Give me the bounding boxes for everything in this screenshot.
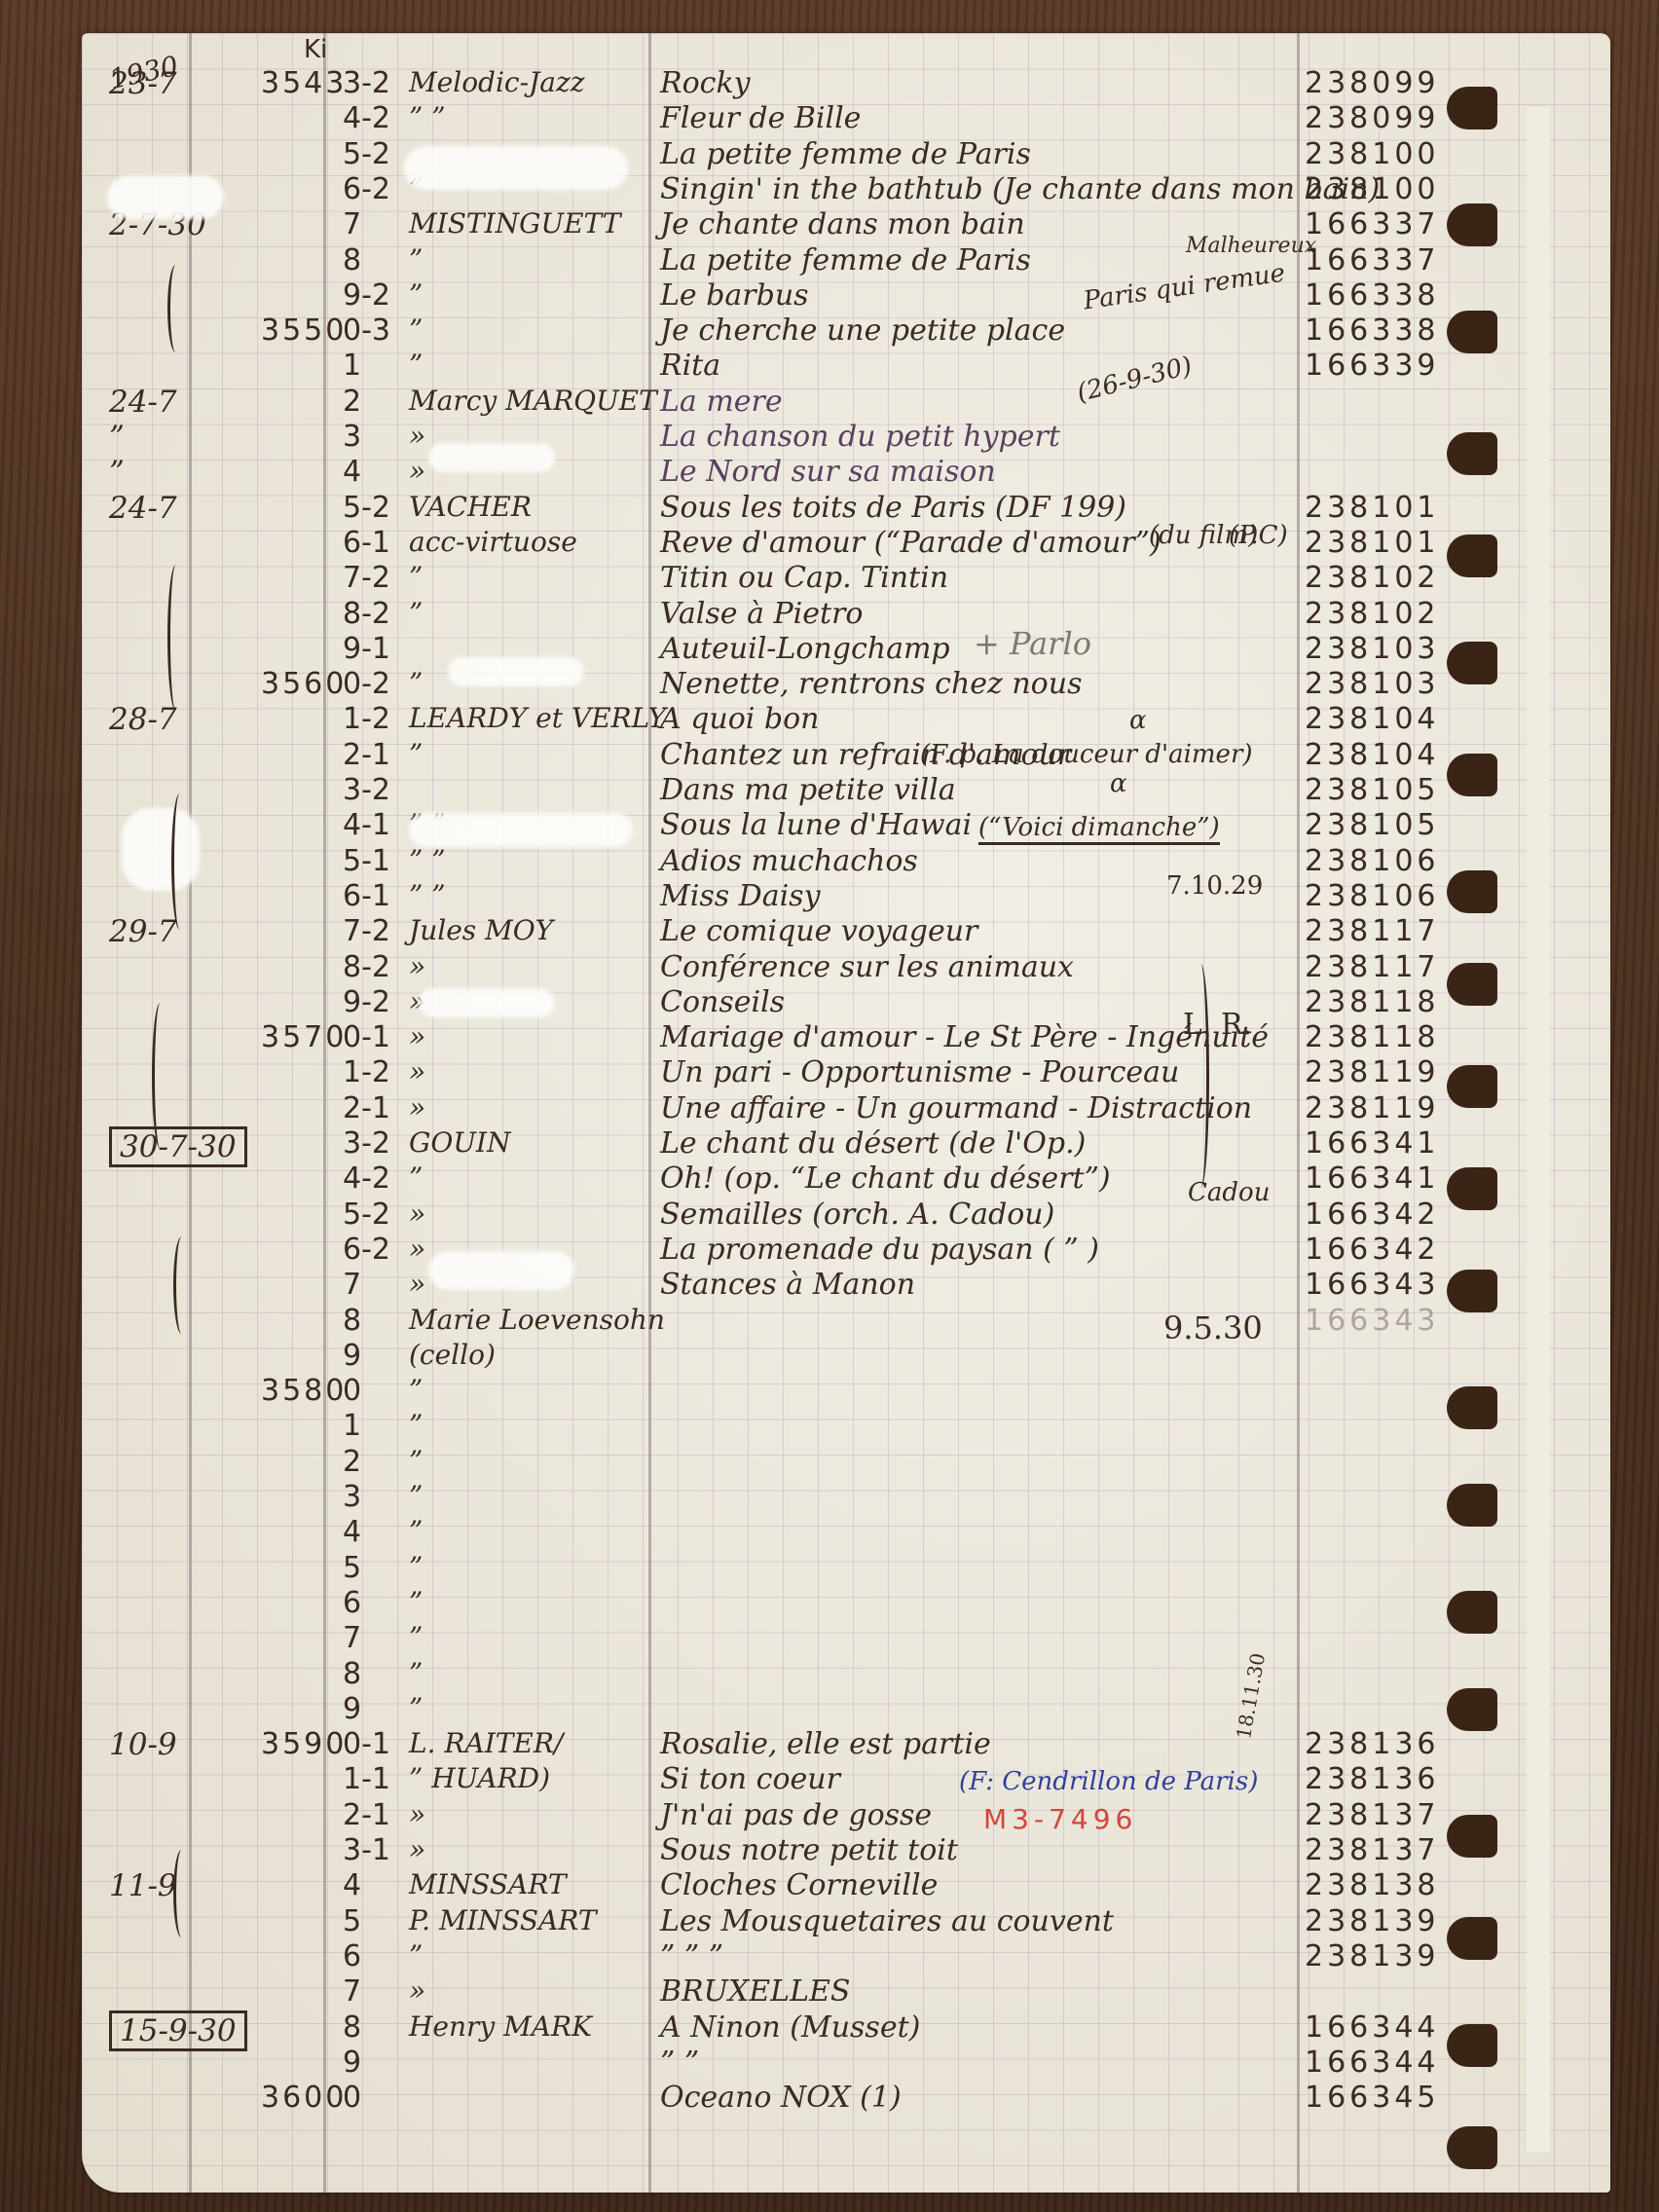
row-title: Conseils [660, 985, 785, 1019]
row-artist: ” [409, 243, 423, 276]
row-matrix: 238118 [1305, 1020, 1440, 1054]
row-face: 3 [343, 1480, 361, 1514]
row-face: 1 [343, 349, 361, 383]
correction-fluid [409, 813, 633, 847]
row-face: 0-1 [343, 1020, 390, 1054]
row-artist: ” [409, 1480, 423, 1512]
row-title: Adios muchachos [660, 844, 918, 878]
row-title: Auteuil-Longchamp [660, 632, 950, 666]
row-artist: L. RAITER/ [409, 1727, 563, 1759]
row-matrix: 238136 [1305, 1762, 1440, 1796]
row-matrix: 166344 [1305, 2046, 1440, 2080]
row-face: 8 [343, 2010, 361, 2045]
row-face: 3-2 [343, 773, 390, 807]
punch-hole [1447, 1065, 1497, 1108]
date-brace [167, 265, 184, 352]
row-artist: acc-virtuose [409, 526, 577, 558]
row-artist: » [409, 1974, 425, 2007]
column-divider [1297, 33, 1300, 2193]
row-artist: ” [409, 313, 423, 346]
row-face: 9 [343, 1692, 361, 1726]
row-title: Je chante dans mon bain [660, 207, 1025, 241]
date-brace [152, 1003, 168, 1149]
row-date: ” [109, 455, 125, 490]
row-face: 7-2 [343, 561, 390, 595]
row-face: 9 [343, 1339, 361, 1373]
row-matrix: 238139 [1305, 1904, 1440, 1938]
row-artist: ” ” [409, 879, 446, 911]
row-matrix: 166337 [1305, 207, 1440, 241]
row-face: 7 [343, 207, 361, 241]
row-matrix: 238102 [1305, 597, 1440, 631]
note-villa: (“Voici dimanche”) [978, 813, 1220, 845]
row-title: Singin' in the bathtub (Je chante dans m… [660, 172, 1380, 206]
row-artist: » [409, 1233, 425, 1265]
row-title: Je cherche une petite place [660, 313, 1065, 348]
row-date: 29-7 [109, 914, 177, 949]
row-artist: ” HUARD) [409, 1762, 550, 1794]
row-matrix: 238117 [1305, 914, 1440, 948]
row-matrix: 166341 [1305, 1126, 1440, 1161]
row-title: ” ” [660, 2046, 699, 2080]
row-face: 5 [343, 1904, 361, 1938]
row-artist: P. MINSSART [409, 1904, 597, 1936]
row-artist: » [409, 1268, 425, 1300]
punch-hole [1447, 87, 1497, 129]
row-matrix: 238119 [1305, 1091, 1440, 1125]
row-face: 4 [343, 1515, 361, 1549]
note-a-quoi-bon: (F. p. La douceur d'aimer) [920, 740, 1253, 769]
row-face: 6-1 [343, 879, 390, 913]
row-date: 10-9 [109, 1727, 177, 1762]
row-artist: ” [409, 561, 423, 593]
row-title: J'n'ai pas de gosse [660, 1798, 932, 1832]
row-face: 0 [343, 2081, 361, 2115]
row-matrix: 238106 [1305, 844, 1440, 878]
row-title: Rocky [660, 66, 751, 100]
punch-hole [1447, 1591, 1497, 1634]
row-artist: » [409, 455, 425, 487]
row-title: Une affaire - Un gourmand - Distraction [660, 1091, 1252, 1125]
row-artist: ” [409, 1586, 423, 1618]
row-face: 5 [343, 1551, 361, 1585]
row-face: 4 [343, 1868, 361, 1902]
row-face: 0 [343, 1374, 361, 1408]
punch-hole [1447, 754, 1497, 796]
row-face: 2-1 [343, 738, 390, 772]
row-date: 15-9-30 [109, 2010, 247, 2051]
row-title: Reve d'amour (“Parade d'amour”) [660, 526, 1161, 560]
row-title: Valse à Pietro [660, 597, 864, 631]
row-artist: ” [409, 1515, 423, 1547]
row-disc: 3570 [261, 1020, 347, 1054]
row-face: 6 [343, 1939, 361, 1973]
row-date: ” [109, 420, 125, 455]
row-title: Stances à Manon [660, 1268, 915, 1302]
alpha-mark: α [1110, 769, 1127, 798]
row-title: Fleur de Bille [660, 101, 861, 135]
row-matrix: 238103 [1305, 632, 1440, 666]
row-artist: Jules MOY [409, 914, 553, 946]
punch-hole [1447, 1484, 1497, 1527]
row-title: BRUXELLES [660, 1974, 850, 2009]
row-artist: » [409, 1091, 425, 1124]
note-rosalie-film: (F: Cendrillon de Paris) [959, 1767, 1258, 1796]
row-artist: LEARDY et VERLY [409, 702, 666, 734]
row-title: Semailles (orch. A. Cadou) [660, 1198, 1054, 1232]
note-gouin-date: 9.5.30 [1163, 1309, 1263, 1346]
artist-brace [1193, 964, 1209, 1188]
row-artist: ” [409, 597, 423, 629]
row-matrix: 166342 [1305, 1233, 1440, 1267]
row-artist: MINSSART [409, 1868, 567, 1900]
row-face: 9 [343, 2046, 361, 2080]
row-title: Conférence sur les animaux [660, 950, 1074, 984]
row-date: 24-7 [109, 385, 177, 420]
row-artist: GOUIN [409, 1126, 510, 1159]
note-rosalie-code: M3-7496 [983, 1803, 1137, 1835]
correction-fluid [428, 1251, 574, 1290]
correction-fluid [107, 175, 224, 219]
row-title: La petite femme de Paris [660, 137, 1031, 171]
row-face: 1-2 [343, 1055, 390, 1089]
row-face: 7 [343, 1974, 361, 2009]
punch-hole [1447, 432, 1497, 475]
punch-hole [1447, 642, 1497, 684]
row-date: 28-7 [109, 702, 177, 737]
note-l-raiter: L. R. [1183, 1008, 1252, 1042]
row-matrix: 238137 [1305, 1833, 1440, 1867]
correction-fluid [122, 808, 200, 891]
row-face: 5-1 [343, 844, 390, 878]
row-matrix: 238105 [1305, 773, 1440, 807]
row-face: 8-2 [343, 950, 390, 984]
row-face: 0-3 [343, 313, 390, 348]
punch-hole [1447, 535, 1497, 577]
row-artist: ” [409, 1409, 423, 1441]
row-matrix: 238099 [1305, 66, 1440, 100]
date-brace [167, 565, 184, 711]
row-face: 8-2 [343, 597, 390, 631]
row-artist: VACHER [409, 491, 532, 523]
row-face: 5-2 [343, 137, 390, 171]
row-face: 2 [343, 1445, 361, 1479]
row-title: La promenade du paysan ( ” ) [660, 1233, 1099, 1267]
row-artist: ” [409, 667, 423, 699]
note-cadou: Cadou [1188, 1178, 1270, 1207]
punch-hole [1447, 1270, 1497, 1312]
row-title: Si ton coeur [660, 1762, 840, 1796]
correction-fluid [419, 988, 555, 1017]
row-title: La mere [660, 385, 783, 419]
row-matrix: 238138 [1305, 1868, 1440, 1902]
row-face: 3 [343, 420, 361, 454]
row-face: 6-1 [343, 526, 390, 560]
row-artist: » [409, 1833, 425, 1865]
note-malheureux: Malheureux [1186, 234, 1316, 258]
row-date: 23-7 [109, 66, 177, 101]
punch-hole [1447, 311, 1497, 353]
row-artist: ” [409, 1445, 423, 1477]
row-face: 5-2 [343, 1198, 390, 1232]
row-face: 5-2 [343, 491, 390, 525]
punch-hole [1447, 1917, 1497, 1960]
row-artist: (cello) [409, 1339, 496, 1371]
row-artist: Marcy MARQUET [409, 385, 657, 417]
row-disc: 3580 [261, 1374, 347, 1408]
column-divider [648, 33, 651, 2193]
row-matrix: 238100 [1305, 172, 1440, 206]
row-disc: 3543 [261, 66, 347, 100]
row-artist: ” [409, 1692, 423, 1724]
row-matrix: 238102 [1305, 561, 1440, 595]
disc-prefix-label: Ki [304, 35, 327, 64]
row-face: 8 [343, 1304, 361, 1338]
row-disc: 3550 [261, 313, 347, 348]
row-face: 3-2 [343, 66, 390, 100]
row-matrix: 238117 [1305, 950, 1440, 984]
row-title: Sous les toits de Paris (DF 199) [660, 491, 1126, 525]
row-matrix: 238104 [1305, 702, 1440, 736]
row-face: 4-1 [343, 808, 390, 842]
page-edge [1527, 107, 1550, 2152]
row-face: 3-1 [343, 1833, 390, 1867]
row-artist: ” [409, 738, 423, 770]
row-date: 11-9 [109, 1868, 177, 1903]
row-face: 4 [343, 455, 361, 489]
row-date: 24-7 [109, 491, 177, 526]
row-title: Un pari - Opportunisme - Pourceau [660, 1055, 1179, 1089]
row-matrix: 166344 [1305, 2010, 1440, 2045]
row-title: ” ” ” [660, 1939, 723, 1973]
row-matrix: 166338 [1305, 278, 1440, 313]
row-title: La petite femme de Paris [660, 243, 1031, 277]
row-artist: » [409, 1020, 425, 1052]
row-matrix: 238106 [1305, 879, 1440, 913]
row-face: 2-1 [343, 1798, 390, 1832]
row-face: 1-2 [343, 702, 390, 736]
punch-hole [1447, 203, 1497, 246]
note-pc: (P.C) [1229, 521, 1288, 550]
row-matrix: 238119 [1305, 1055, 1440, 1089]
correction-fluid [404, 146, 628, 190]
row-face: 7 [343, 1621, 361, 1655]
punch-hole [1447, 870, 1497, 913]
row-title: Les Mousquetaires au couvent [660, 1904, 1114, 1938]
row-matrix: 238118 [1305, 985, 1440, 1019]
row-artist: Marie Loevensohn [409, 1304, 665, 1336]
row-face: 2-1 [343, 1091, 390, 1125]
row-matrix: 166343 [1305, 1304, 1440, 1338]
row-matrix: 166339 [1305, 349, 1440, 383]
row-artist: ” ” [409, 101, 446, 133]
row-matrix: 238103 [1305, 667, 1440, 701]
row-artist: » [409, 1198, 425, 1230]
row-title: Nenette, rentrons chez nous [660, 667, 1082, 701]
row-face: 7 [343, 1268, 361, 1302]
row-title: Le comique voyageur [660, 914, 977, 948]
row-title: Rita [660, 349, 720, 383]
row-face: 7-2 [343, 914, 390, 948]
column-divider [323, 33, 326, 2193]
punch-hole [1447, 2024, 1497, 2067]
row-matrix: 166343 [1305, 1268, 1440, 1302]
row-face: 6 [343, 1586, 361, 1620]
row-face: 9-2 [343, 985, 390, 1019]
date-brace [173, 1850, 190, 1937]
row-matrix: 166338 [1305, 313, 1440, 348]
row-face: 8 [343, 243, 361, 277]
alpha-mark: α [1129, 706, 1147, 735]
row-matrix: 166341 [1305, 1161, 1440, 1196]
row-artist: ” [409, 1621, 423, 1653]
row-matrix: 166337 [1305, 243, 1440, 277]
row-artist: ” [409, 349, 423, 381]
row-face: 6-2 [343, 172, 390, 206]
column-divider [189, 33, 192, 2193]
row-title: Sous la lune d'Hawai [660, 808, 972, 842]
row-title: La chanson du petit hypert [660, 420, 1060, 454]
row-face: 1-1 [343, 1762, 390, 1796]
row-face: 3-2 [343, 1126, 390, 1161]
row-title: Rosalie, elle est partie [660, 1727, 991, 1761]
row-title: Mariage d'amour - Le St Père - Ingénuité [660, 1020, 1269, 1054]
row-matrix: 166342 [1305, 1198, 1440, 1232]
punch-hole [1447, 1386, 1497, 1429]
row-face: 8 [343, 1657, 361, 1691]
row-face: 0-1 [343, 1727, 390, 1761]
row-artist: ” [409, 1939, 423, 1972]
row-matrix: 238137 [1305, 1798, 1440, 1832]
row-artist: ” [409, 278, 423, 311]
row-title: Dans ma petite villa [660, 773, 956, 807]
row-artist: » [409, 420, 425, 452]
punch-hole [1447, 2126, 1497, 2169]
date-brace [171, 793, 188, 930]
correction-fluid [428, 443, 555, 472]
row-face: 1 [343, 1409, 361, 1443]
row-title: Cloches Corneville [660, 1868, 938, 1902]
row-disc: 3590 [261, 1727, 347, 1761]
row-artist: ” ” [409, 844, 446, 876]
note-villa-date: 7.10.29 [1166, 871, 1263, 901]
row-date: 30-7-30 [109, 1126, 247, 1167]
correction-fluid [448, 657, 584, 686]
row-title: Le chant du désert (de l'Op.) [660, 1126, 1086, 1161]
row-face: 6-2 [343, 1233, 390, 1267]
row-face: 0-2 [343, 667, 390, 701]
row-disc: 3560 [261, 667, 347, 701]
row-face: 4-2 [343, 1161, 390, 1196]
punch-hole [1447, 1688, 1497, 1731]
row-disc: 3600 [261, 2081, 347, 2115]
row-face: 9-1 [343, 632, 390, 666]
row-artist: ” [409, 1161, 423, 1194]
punch-hole [1447, 1167, 1497, 1210]
row-matrix: 238100 [1305, 137, 1440, 171]
row-artist: » [409, 1798, 425, 1830]
note-parlo: + Parlo [974, 625, 1091, 662]
row-matrix: 238101 [1305, 526, 1440, 560]
row-matrix: 166345 [1305, 2081, 1440, 2115]
row-artist: MISTINGUETT [409, 207, 620, 240]
row-artist: » [409, 1055, 425, 1088]
punch-hole [1447, 1815, 1497, 1858]
row-title: Oh! (op. “Le chant du désert”) [660, 1161, 1111, 1196]
row-matrix: 238101 [1305, 491, 1440, 525]
row-artist: ” [409, 1374, 423, 1406]
row-title: Le Nord sur sa maison [660, 455, 996, 489]
row-title: A Ninon (Musset) [660, 2010, 920, 2045]
punch-hole [1447, 963, 1497, 1006]
row-title: A quoi bon [660, 702, 820, 736]
row-matrix: 238136 [1305, 1727, 1440, 1761]
row-matrix: 238104 [1305, 738, 1440, 772]
row-title: Le barbus [660, 278, 809, 313]
row-face: 4-2 [343, 101, 390, 135]
row-artist: Melodic-Jazz [409, 66, 585, 98]
row-title: Miss Daisy [660, 879, 821, 913]
row-matrix: 238105 [1305, 808, 1440, 842]
row-matrix: 238139 [1305, 1939, 1440, 1973]
date-brace [173, 1236, 190, 1334]
row-artist: ” [409, 1657, 423, 1689]
row-artist: Henry MARK [409, 2010, 592, 2043]
row-title: Oceano NOX (1) [660, 2081, 902, 2115]
row-title: Titin ou Cap. Tintin [660, 561, 948, 595]
row-face: 9-2 [343, 278, 390, 313]
row-matrix: 238099 [1305, 101, 1440, 135]
row-title: Sous notre petit toit [660, 1833, 958, 1867]
row-face: 2 [343, 385, 361, 419]
row-artist: » [409, 950, 425, 982]
row-artist: ” [409, 1551, 423, 1583]
